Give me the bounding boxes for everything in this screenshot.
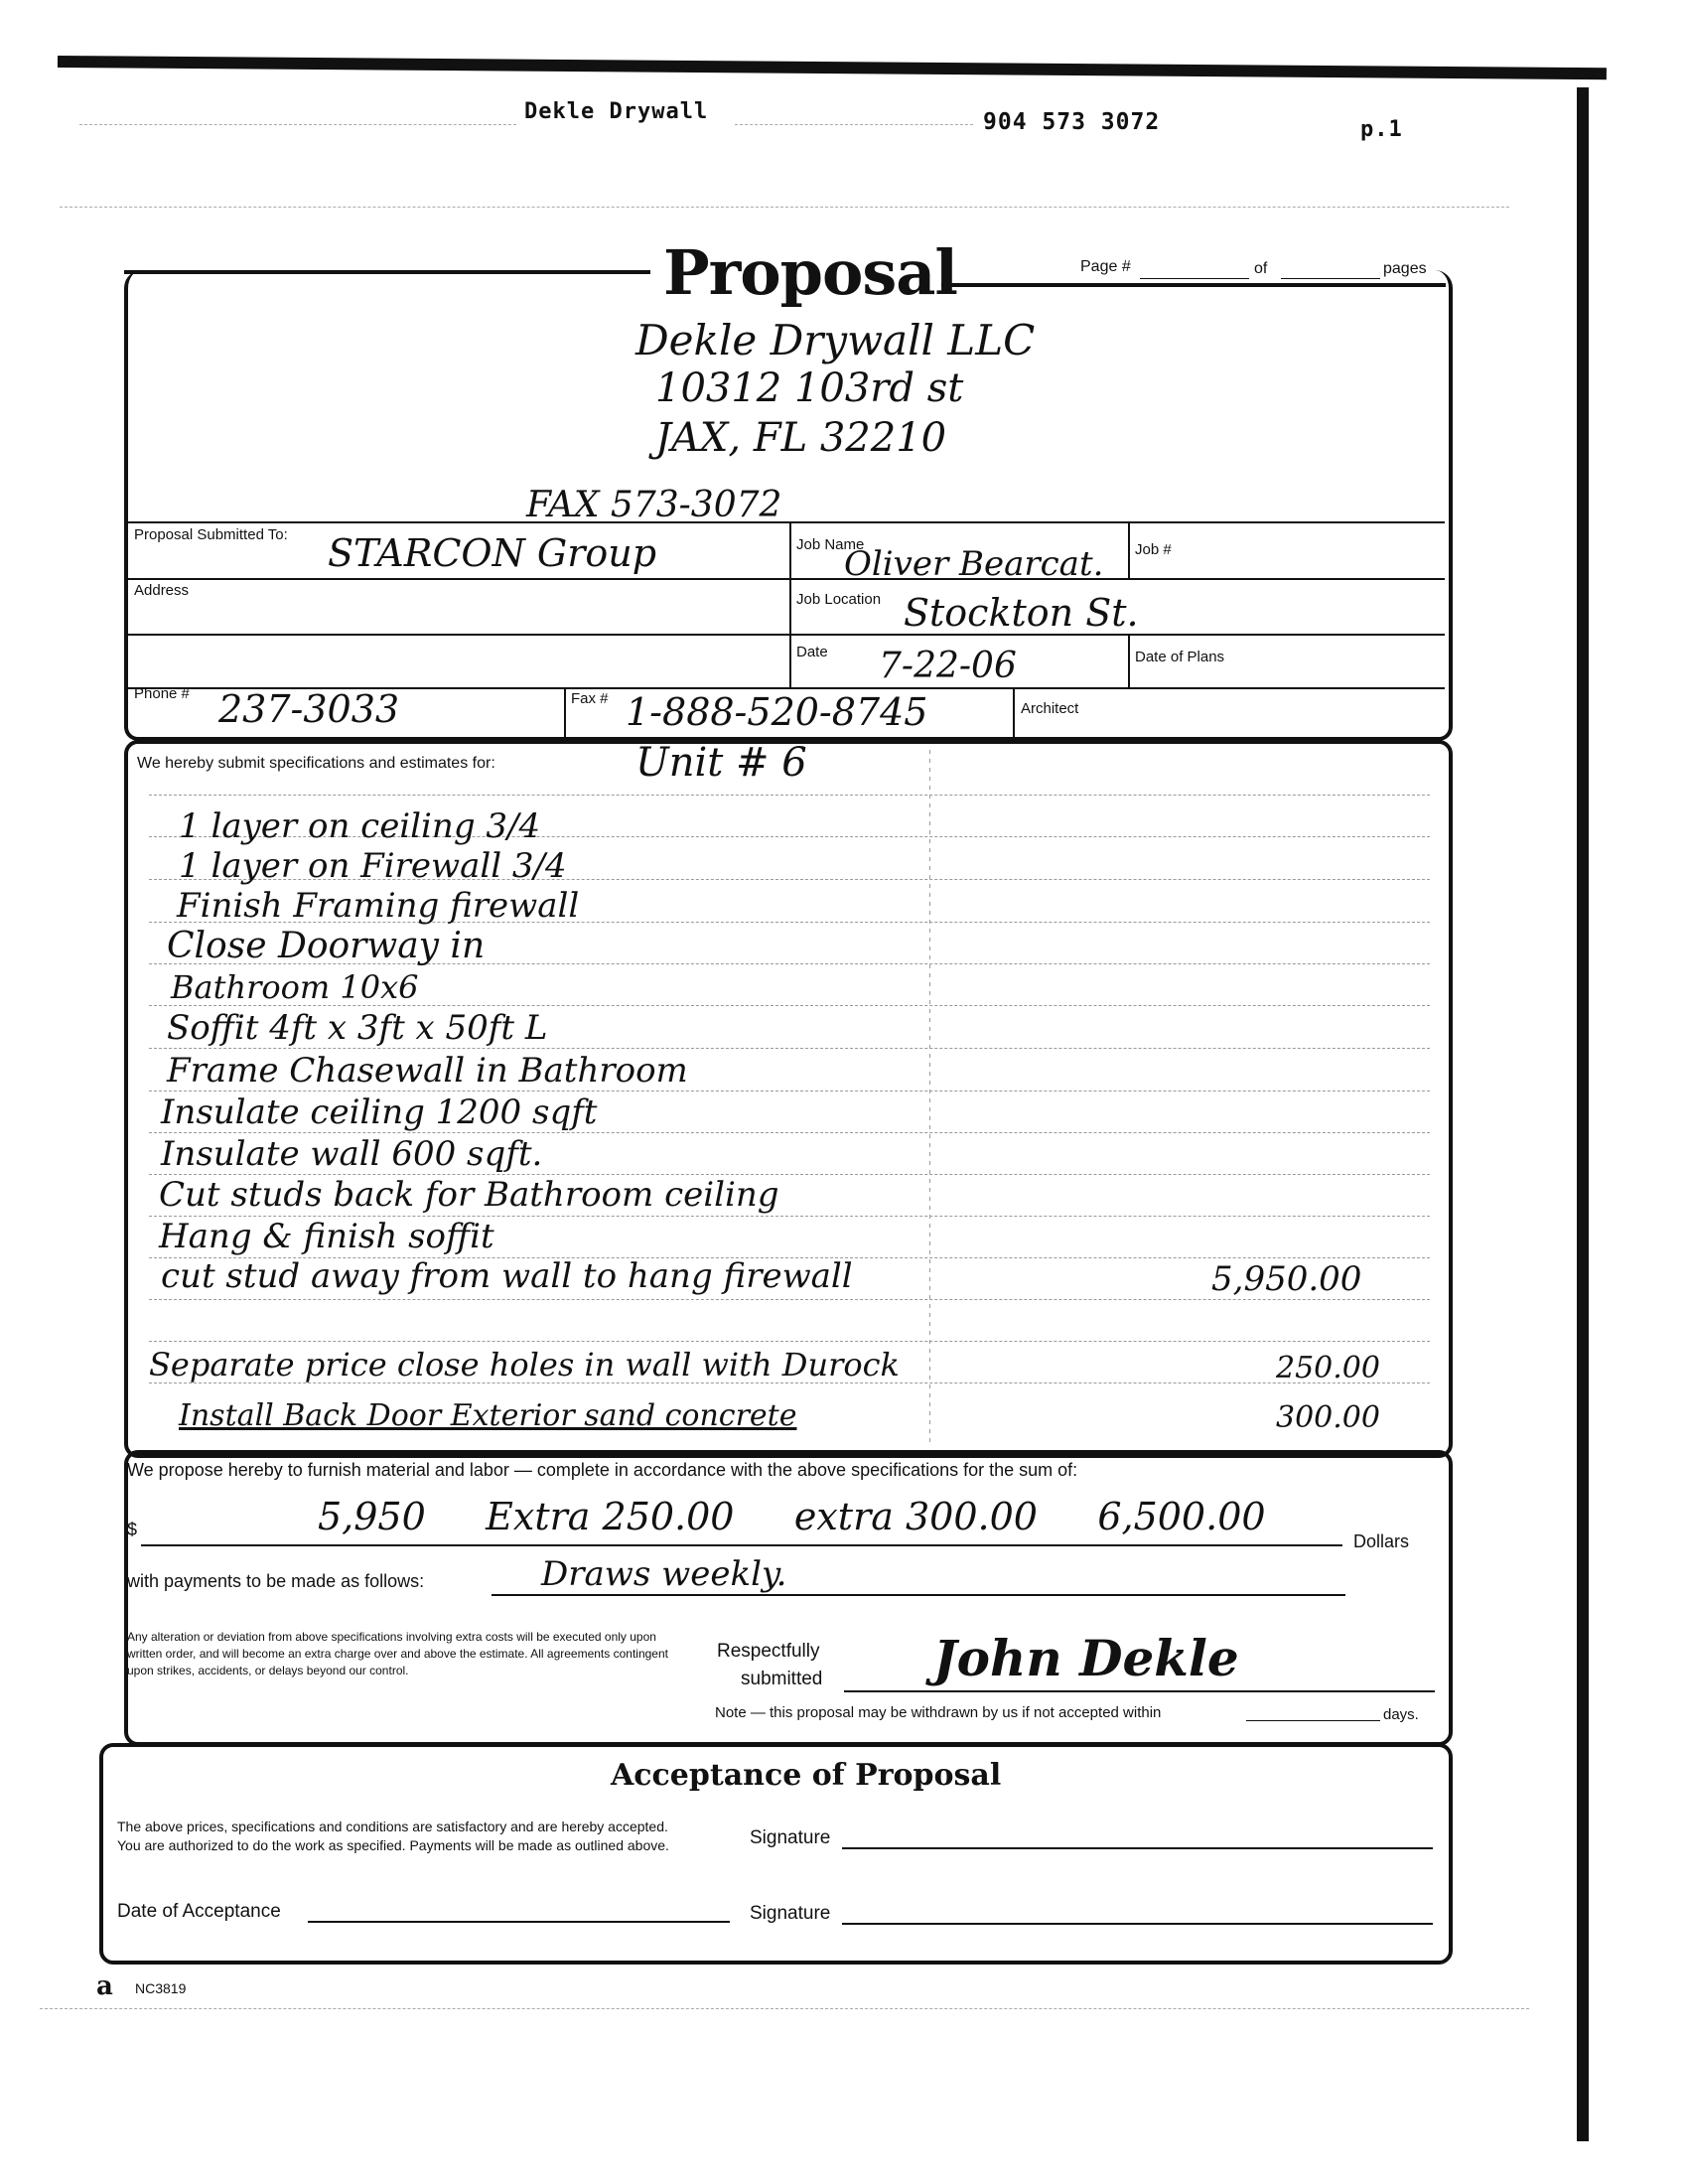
withdrawal-note: Note — this proposal may be withdrawn by… xyxy=(715,1704,1161,1721)
acceptance-title: Acceptance of Proposal xyxy=(611,1758,1001,1793)
date-label: Date xyxy=(796,644,828,660)
sum-line xyxy=(141,1544,1342,1546)
contractor-street: 10312 103rd st xyxy=(655,365,963,411)
grid-rule xyxy=(126,521,1445,523)
signature-field-2[interactable] xyxy=(842,1923,1433,1925)
grid-divider xyxy=(789,523,791,687)
spec-item: Close Doorway in xyxy=(167,926,485,966)
spec-rule xyxy=(149,1048,1430,1049)
spec-item: Frame Chasewall in Bathroom xyxy=(167,1051,688,1091)
grid-divider xyxy=(564,687,566,737)
acceptance-text: The above prices, specifications and con… xyxy=(117,1818,693,1855)
submitted-label: submitted xyxy=(741,1669,822,1690)
submitted-to-label: Proposal Submitted To: xyxy=(134,526,288,543)
job-location-label: Job Location xyxy=(796,591,881,608)
spec-rule xyxy=(149,1132,1430,1133)
job-location-value[interactable]: Stockton St. xyxy=(904,591,1139,635)
fax-header-rule xyxy=(79,124,516,125)
grid-divider xyxy=(1128,636,1130,687)
signature-label-1: Signature xyxy=(750,1827,830,1849)
extra-item: Install Back Door Exterior sand concrete xyxy=(179,1398,796,1433)
date-of-plans-label: Date of Plans xyxy=(1135,649,1224,665)
form-code: NC3819 xyxy=(135,1980,186,1996)
dollars-label: Dollars xyxy=(1353,1531,1409,1552)
contractor-signature: John Dekle xyxy=(933,1629,1239,1687)
payments-line xyxy=(492,1594,1345,1596)
address-label: Address xyxy=(134,582,189,599)
spec-item-amount: 5,950.00 xyxy=(1211,1259,1361,1299)
architect-field[interactable] xyxy=(1102,695,1430,733)
spec-item: cut stud away from wall to hang firewall xyxy=(161,1256,853,1296)
alteration-legal-text: Any alteration or deviation from above s… xyxy=(127,1629,673,1679)
fax-value[interactable]: 1-888-520-8745 xyxy=(626,690,927,734)
spec-rule xyxy=(149,1091,1430,1092)
payments-label: with payments to be made as follows: xyxy=(127,1571,424,1592)
spec-item: Hang & finish soffit xyxy=(159,1217,494,1256)
spec-item: Insulate ceiling 1200 sqft xyxy=(161,1092,597,1132)
fax-sender: Dekle Drywall xyxy=(524,99,708,124)
spec-item: Cut studs back for Bathroom ceiling xyxy=(159,1175,779,1215)
fax-header-rule xyxy=(735,124,973,125)
phone-value[interactable]: 237-3033 xyxy=(218,687,399,731)
fax-label: Fax # xyxy=(571,690,609,707)
contractor-fax: FAX 573-3072 xyxy=(526,485,781,525)
extra-item: Separate price close holes in wall with … xyxy=(149,1346,900,1383)
job-number-field[interactable] xyxy=(1192,541,1430,575)
job-number-label: Job # xyxy=(1135,541,1172,558)
date-of-acceptance-label: Date of Acceptance xyxy=(117,1901,281,1923)
date-value[interactable]: 7-22-06 xyxy=(879,646,1017,686)
spec-rule xyxy=(149,1299,1430,1300)
spec-item: Soffit 4ft x 3ft x 50ft L xyxy=(167,1008,547,1048)
signature-label-2: Signature xyxy=(750,1903,830,1925)
extra-item-amount: 250.00 xyxy=(1276,1351,1380,1385)
signature-line xyxy=(844,1690,1435,1692)
grid-divider xyxy=(1128,523,1130,578)
architect-label: Architect xyxy=(1021,700,1078,717)
days-label: days. xyxy=(1383,1706,1419,1723)
spec-rule xyxy=(149,795,1430,796)
sum-amount[interactable]: 5,950 Extra 250.00 extra 300.00 6,500.00 xyxy=(318,1495,1266,1538)
grid-rule xyxy=(126,634,1445,636)
date-of-plans-field[interactable] xyxy=(1241,646,1430,681)
dollar-sign: $ xyxy=(127,1520,137,1540)
form-publisher-logo-icon: a xyxy=(96,1971,113,2001)
specifications-intro-value[interactable]: Unit # 6 xyxy=(635,740,807,786)
job-name-value[interactable]: Oliver Bearcat. xyxy=(844,544,1103,584)
fax-header-bar xyxy=(58,56,1607,79)
spec-item: Bathroom 10x6 xyxy=(171,968,419,1006)
spec-rule xyxy=(149,1341,1430,1342)
spec-item: 1 layer on ceiling 3/4 xyxy=(179,806,540,846)
spec-item: Finish Framing firewall xyxy=(177,886,579,926)
contractor-name: Dekle Drywall LLC xyxy=(635,316,1035,364)
footer-rule xyxy=(40,2008,1529,2009)
date-of-acceptance-field[interactable] xyxy=(308,1921,730,1923)
signature-field-1[interactable] xyxy=(842,1847,1433,1849)
address-field[interactable] xyxy=(228,586,774,630)
phone-label: Phone # xyxy=(134,685,190,702)
extra-item-amount: 300.00 xyxy=(1276,1400,1380,1435)
respectfully-label: Respectfully xyxy=(717,1641,820,1663)
spec-item: 1 layer on Firewall 3/4 xyxy=(179,846,567,886)
grid-rule xyxy=(126,578,1445,580)
specifications-intro-label: We hereby submit specifications and esti… xyxy=(137,755,495,773)
submitted-to-value[interactable]: STARCON Group xyxy=(328,531,656,575)
page-edge-bar xyxy=(1577,87,1589,2141)
fax-page: p.1 xyxy=(1360,117,1403,142)
propose-text: We propose hereby to furnish material an… xyxy=(127,1460,1077,1481)
fax-phone: 904 573 3072 xyxy=(983,109,1160,135)
grid-divider xyxy=(1013,687,1015,737)
days-field[interactable] xyxy=(1246,1720,1380,1721)
fax-header-rule xyxy=(60,207,1509,208)
payments-value[interactable]: Draws weekly. xyxy=(541,1554,786,1594)
spec-item: Insulate wall 600 sqft. xyxy=(161,1134,542,1174)
contractor-city: JAX, FL 32210 xyxy=(655,415,946,461)
